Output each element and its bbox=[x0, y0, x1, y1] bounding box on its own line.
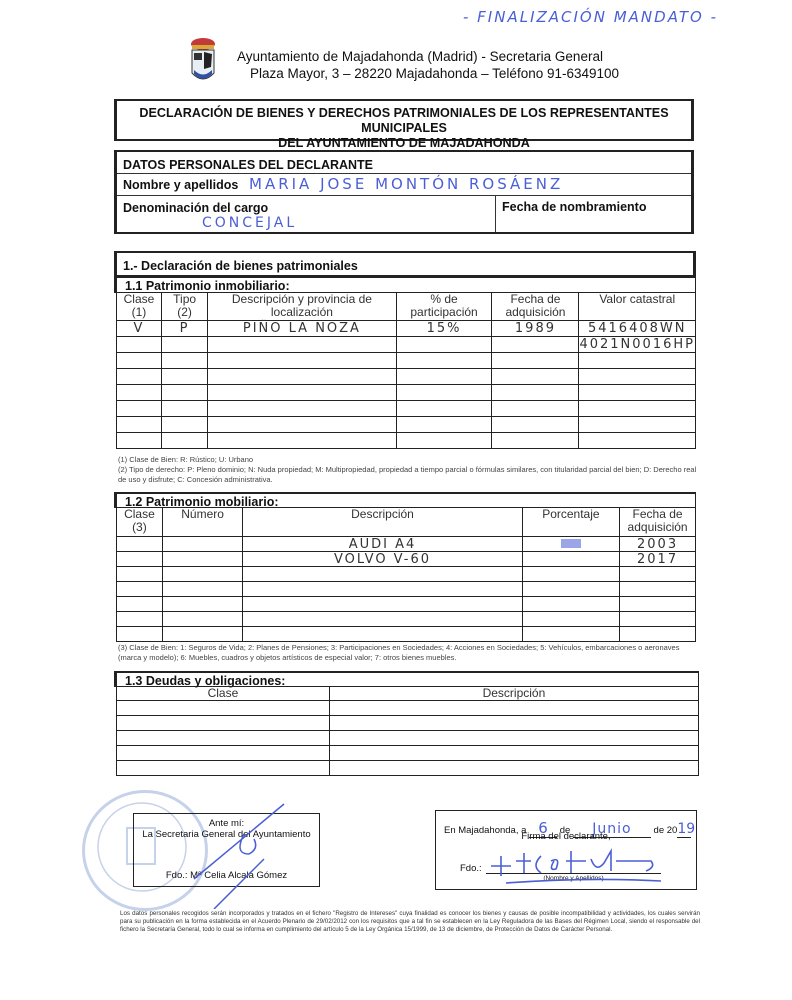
table-cell[interactable] bbox=[117, 369, 162, 385]
table-cell[interactable] bbox=[396, 337, 492, 353]
mobiliario-column-header: Descripción bbox=[243, 508, 522, 537]
table-cell[interactable] bbox=[396, 417, 492, 433]
organization-name: Ayuntamiento de Majadahonda (Madrid) - S… bbox=[237, 49, 603, 64]
table-cell[interactable]: PIÑO LA NOZA bbox=[208, 321, 396, 337]
table-cell[interactable] bbox=[243, 627, 522, 642]
table-cell[interactable] bbox=[396, 433, 492, 449]
table-cell[interactable] bbox=[117, 612, 163, 627]
inmobiliario-heading: 1.1 Patrimonio inmobiliario: bbox=[114, 277, 696, 293]
table-cell[interactable] bbox=[161, 353, 207, 369]
table-row bbox=[117, 716, 699, 731]
table-cell[interactable] bbox=[620, 597, 696, 612]
table-cell[interactable] bbox=[243, 582, 522, 597]
table-cell[interactable] bbox=[117, 567, 163, 582]
table-cell[interactable] bbox=[161, 417, 207, 433]
coat-of-arms-icon bbox=[187, 37, 219, 87]
table-cell[interactable] bbox=[492, 369, 579, 385]
note-1: (1) Clase de Bien: R: Rústico; U: Urbano bbox=[118, 455, 698, 465]
table-cell[interactable]: AUDI A4 bbox=[243, 537, 522, 552]
table-row bbox=[117, 627, 696, 642]
table-cell[interactable] bbox=[161, 401, 207, 417]
inmobiliario-column-header: Fecha deadquisición bbox=[492, 293, 579, 321]
table-cell[interactable] bbox=[208, 401, 396, 417]
mobiliario-heading: 1.2 Patrimonio mobiliario: bbox=[114, 492, 696, 508]
fecha-nombramiento-label: Fecha de nombramiento bbox=[502, 200, 646, 214]
cargo-field[interactable]: CONCEJAL bbox=[202, 215, 297, 231]
table-cell[interactable] bbox=[522, 537, 620, 552]
table-cell[interactable] bbox=[522, 597, 620, 612]
table-row bbox=[117, 369, 696, 385]
table-cell[interactable] bbox=[208, 369, 396, 385]
mobiliario-header-row: Clase(3)NúmeroDescripciónPorcentajeFecha… bbox=[117, 508, 696, 537]
mobiliario-column-header: Porcentaje bbox=[522, 508, 620, 537]
table-cell[interactable] bbox=[396, 353, 492, 369]
table-row: 4021N0016HP bbox=[117, 337, 696, 353]
table-cell[interactable] bbox=[492, 433, 579, 449]
deudas-column-header: Descripción bbox=[329, 687, 698, 701]
table-cell[interactable] bbox=[243, 612, 522, 627]
table-cell[interactable] bbox=[329, 731, 698, 746]
inmobiliario-column-header: Tipo(2) bbox=[161, 293, 207, 321]
table-cell[interactable]: VOLVO V-60 bbox=[243, 552, 522, 567]
table-cell[interactable] bbox=[579, 417, 696, 433]
table-cell[interactable] bbox=[117, 337, 162, 353]
table-cell[interactable] bbox=[162, 567, 243, 582]
table-cell[interactable] bbox=[208, 385, 396, 401]
deudas-heading: 1.3 Deudas y obligaciones: bbox=[114, 671, 699, 687]
note-2: (2) Tipo de derecho: P: Pleno dominio; N… bbox=[118, 465, 698, 485]
cargo-label: Denominación del cargo bbox=[123, 201, 268, 215]
table-cell[interactable] bbox=[396, 369, 492, 385]
fdo-label: Fdo.: bbox=[460, 863, 482, 874]
table-cell[interactable] bbox=[117, 627, 163, 642]
table-cell[interactable] bbox=[579, 433, 696, 449]
personal-data-section: DATOS PERSONALES DEL DECLARANTE Nombre y… bbox=[114, 150, 694, 234]
data-protection-notice: Los datos personales recogidos serán inc… bbox=[120, 910, 700, 935]
table-cell[interactable]: 5416408WN bbox=[579, 321, 696, 337]
table-cell[interactable] bbox=[162, 552, 243, 567]
inmobiliario-column-header: Clase(1) bbox=[117, 293, 162, 321]
table-cell[interactable] bbox=[208, 337, 396, 353]
table-cell[interactable] bbox=[117, 385, 162, 401]
table-cell[interactable] bbox=[117, 701, 330, 716]
table-cell[interactable] bbox=[117, 597, 163, 612]
title-line-1: DECLARACIÓN DE BIENES Y DERECHOS PATRIMO… bbox=[117, 106, 691, 136]
table-cell[interactable] bbox=[522, 582, 620, 597]
table-cell[interactable] bbox=[162, 597, 243, 612]
table-cell[interactable] bbox=[117, 417, 162, 433]
inmobiliario-column-header: % departicipación bbox=[396, 293, 492, 321]
table-cell[interactable] bbox=[492, 417, 579, 433]
table-cell[interactable] bbox=[162, 612, 243, 627]
table-row bbox=[117, 731, 699, 746]
inmobiliario-column-header: Descripción y provincia delocalización bbox=[208, 293, 396, 321]
table-cell[interactable] bbox=[492, 353, 579, 369]
table-cell[interactable] bbox=[208, 353, 396, 369]
table-cell[interactable] bbox=[522, 552, 620, 567]
name-field[interactable]: MARIA JOSE MONTÓN ROSÁENZ bbox=[249, 175, 563, 193]
secretary-signature-box: Ante mí: La Secretaria General del Ayunt… bbox=[133, 813, 320, 887]
table-row bbox=[117, 417, 696, 433]
section-1-heading: 1.- Declaración de bienes patrimoniales bbox=[114, 251, 696, 277]
table-cell[interactable] bbox=[117, 401, 162, 417]
table-cell[interactable] bbox=[117, 716, 330, 731]
table-cell[interactable] bbox=[243, 567, 522, 582]
inmobiliario-table: Clase(1)Tipo(2)Descripción y provincia d… bbox=[116, 292, 696, 449]
document-title: DECLARACIÓN DE BIENES Y DERECHOS PATRIMO… bbox=[114, 99, 694, 141]
mobiliario-column-header: Número bbox=[162, 508, 243, 537]
table-row: VPPIÑO LA NOZA15%19895416408WN bbox=[117, 321, 696, 337]
table-cell[interactable] bbox=[396, 401, 492, 417]
table-cell[interactable] bbox=[162, 582, 243, 597]
table-cell[interactable] bbox=[208, 417, 396, 433]
table-row bbox=[117, 433, 696, 449]
table-row bbox=[117, 746, 699, 761]
table-cell[interactable]: 15% bbox=[396, 321, 492, 337]
table-cell[interactable] bbox=[117, 537, 163, 552]
table-cell[interactable] bbox=[620, 567, 696, 582]
declarant-signature-icon bbox=[486, 841, 666, 886]
table-cell[interactable]: 2003 bbox=[620, 537, 696, 552]
table-row: AUDI A42003 bbox=[117, 537, 696, 552]
table-cell[interactable] bbox=[243, 597, 522, 612]
table-row bbox=[117, 761, 699, 776]
cargo-cell: Denominación del cargo CONCEJAL bbox=[117, 196, 496, 232]
personal-heading: DATOS PERSONALES DEL DECLARANTE bbox=[117, 152, 691, 174]
table-cell[interactable] bbox=[522, 612, 620, 627]
table-cell[interactable]: P bbox=[161, 321, 207, 337]
table-cell[interactable] bbox=[579, 401, 696, 417]
table-row bbox=[117, 385, 696, 401]
table-cell[interactable] bbox=[522, 567, 620, 582]
table-cell[interactable] bbox=[161, 385, 207, 401]
table-cell[interactable] bbox=[117, 433, 162, 449]
table-cell[interactable] bbox=[117, 746, 330, 761]
table-cell[interactable] bbox=[579, 353, 696, 369]
table-cell[interactable] bbox=[329, 716, 698, 731]
table-row bbox=[117, 401, 696, 417]
table-row bbox=[117, 597, 696, 612]
organization-address: Plaza Mayor, 3 – 28220 Majadahonda – Tel… bbox=[250, 66, 619, 81]
table-cell[interactable] bbox=[492, 401, 579, 417]
table-cell[interactable] bbox=[161, 337, 207, 353]
table-cell[interactable]: 4021N0016HP bbox=[579, 337, 696, 353]
inmobiliario-column-header: Valor catastral bbox=[579, 293, 696, 321]
table-row bbox=[117, 701, 699, 716]
table-cell[interactable] bbox=[117, 731, 330, 746]
table-cell[interactable] bbox=[492, 337, 579, 353]
mobiliario-column-header: Clase(3) bbox=[117, 508, 163, 537]
table-cell[interactable] bbox=[162, 627, 243, 642]
table-row bbox=[117, 353, 696, 369]
table-cell[interactable] bbox=[620, 612, 696, 627]
table-cell[interactable] bbox=[329, 701, 698, 716]
table-cell[interactable] bbox=[579, 385, 696, 401]
deudas-table: ClaseDescripción bbox=[116, 686, 699, 776]
table-cell[interactable] bbox=[161, 369, 207, 385]
table-cell[interactable] bbox=[117, 552, 163, 567]
title-line-2: DEL AYUNTAMIENTO DE MAJADAHONDA bbox=[117, 136, 691, 151]
table-cell[interactable] bbox=[579, 369, 696, 385]
deudas-header-row: ClaseDescripción bbox=[117, 687, 699, 701]
deudas-column-header: Clase bbox=[117, 687, 330, 701]
table-row bbox=[117, 612, 696, 627]
declarant-signature-box: En Majadahonda, a 6 de Junio de 2019 Fir… bbox=[435, 810, 697, 890]
inmobiliario-header-row: Clase(1)Tipo(2)Descripción y provincia d… bbox=[117, 293, 696, 321]
table-cell[interactable] bbox=[117, 761, 330, 776]
table-cell[interactable] bbox=[522, 627, 620, 642]
table-cell[interactable] bbox=[329, 746, 698, 761]
table-cell[interactable] bbox=[620, 627, 696, 642]
table-row: VOLVO V-602017 bbox=[117, 552, 696, 567]
mobiliario-table: Clase(3)NúmeroDescripciónPorcentajeFecha… bbox=[116, 507, 696, 642]
table-cell[interactable] bbox=[117, 353, 162, 369]
table-cell[interactable] bbox=[329, 761, 698, 776]
table-cell[interactable]: 1989 bbox=[492, 321, 579, 337]
table-row bbox=[117, 582, 696, 597]
fecha-nombramiento-field[interactable] bbox=[502, 214, 682, 230]
table-cell[interactable] bbox=[492, 385, 579, 401]
table-cell[interactable] bbox=[117, 582, 163, 597]
mobiliario-column-header: Fecha deadquisición bbox=[620, 508, 696, 537]
table-cell[interactable] bbox=[161, 433, 207, 449]
table-row bbox=[117, 567, 696, 582]
secretary-signature-icon bbox=[174, 799, 294, 909]
name-row: Nombre y apellidos MARIA JOSE MONTÓN ROS… bbox=[117, 174, 691, 196]
table-cell[interactable]: V bbox=[117, 321, 162, 337]
name-label: Nombre y apellidos bbox=[123, 178, 238, 192]
handwritten-annotation: - FINALIZACIÓN MANDATO - bbox=[463, 8, 718, 26]
table-cell[interactable] bbox=[396, 385, 492, 401]
mobiliario-note: (3) Clase de Bien: 1: Seguros de Vida; 2… bbox=[118, 643, 698, 663]
table-cell[interactable] bbox=[208, 433, 396, 449]
table-cell[interactable] bbox=[162, 537, 243, 552]
inmobiliario-notes: (1) Clase de Bien: R: Rústico; U: Urbano… bbox=[118, 455, 698, 485]
table-cell[interactable]: 2017 bbox=[620, 552, 696, 567]
table-cell[interactable] bbox=[620, 582, 696, 597]
